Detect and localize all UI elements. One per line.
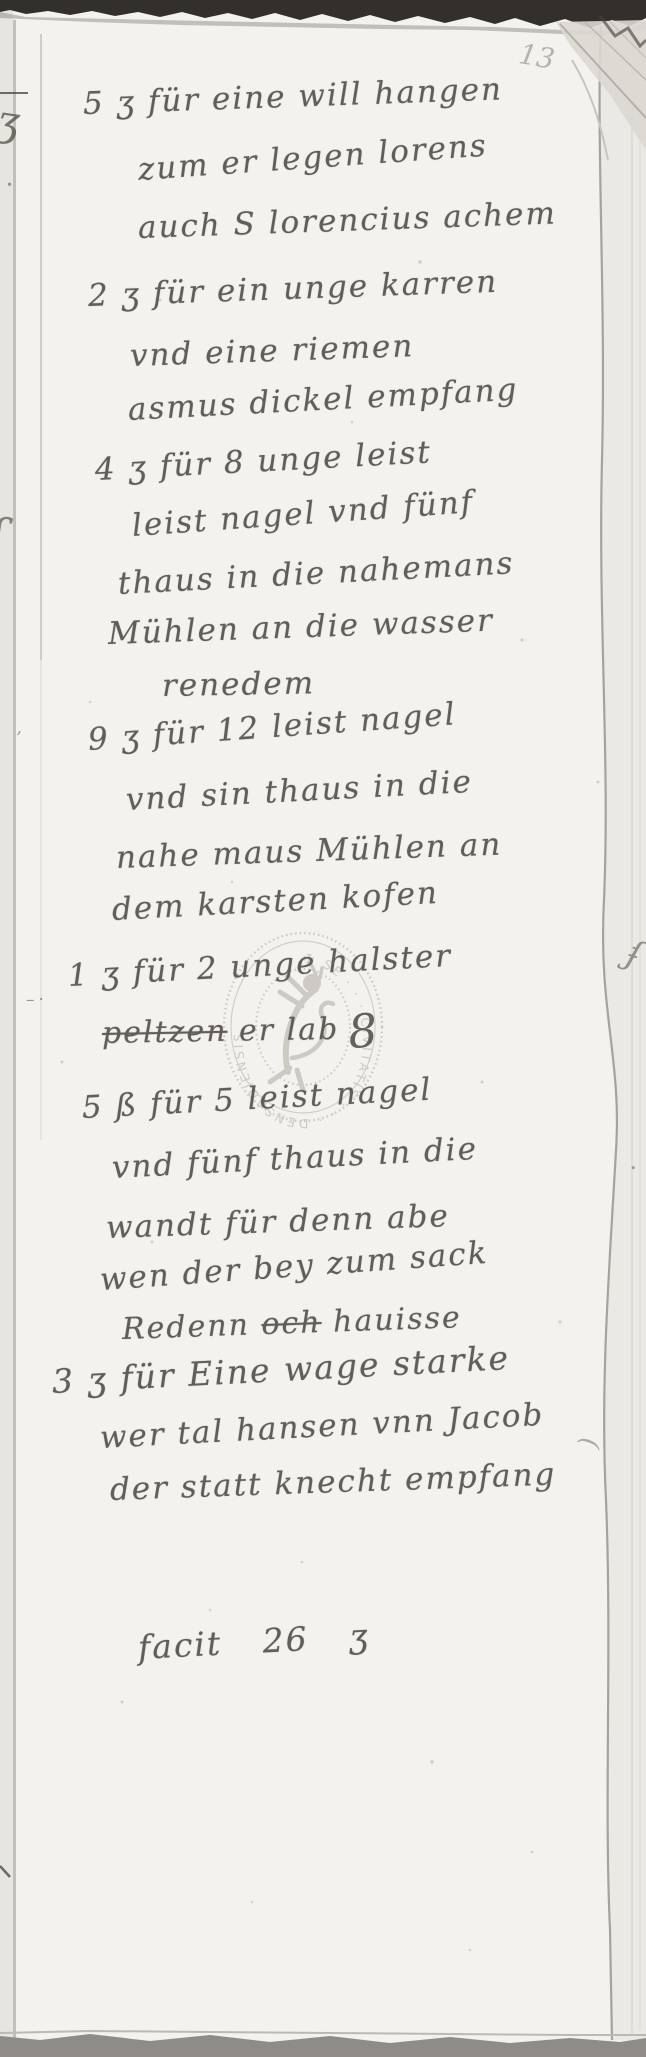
struck-word: och <box>261 1305 322 1342</box>
line-start: Redenn <box>121 1307 262 1347</box>
left-margin-dot: • <box>6 178 13 192</box>
line-rest: er lab <box>227 1012 339 1049</box>
gutter-shadow <box>13 20 16 2045</box>
right-margin-fleck: • <box>630 1162 637 1175</box>
left-margin-tick: ’ <box>16 728 22 749</box>
left-margin-dashes: –· <box>26 990 48 1010</box>
left-margin-stroke <box>0 92 28 94</box>
line-rest: hauisse <box>321 1300 462 1340</box>
manuscript-scan: { "page": { "number": "13", "summa_line"… <box>0 0 646 2057</box>
overwritten-numeral: 8 <box>346 1003 380 1059</box>
entry-line-partially-struck: peltzen er lab <box>102 1012 340 1051</box>
entry-line: renedem <box>162 665 316 704</box>
gutter-strip <box>0 0 13 2057</box>
struck-word: peltzen <box>102 1014 228 1051</box>
page-number: 13 <box>516 37 557 76</box>
